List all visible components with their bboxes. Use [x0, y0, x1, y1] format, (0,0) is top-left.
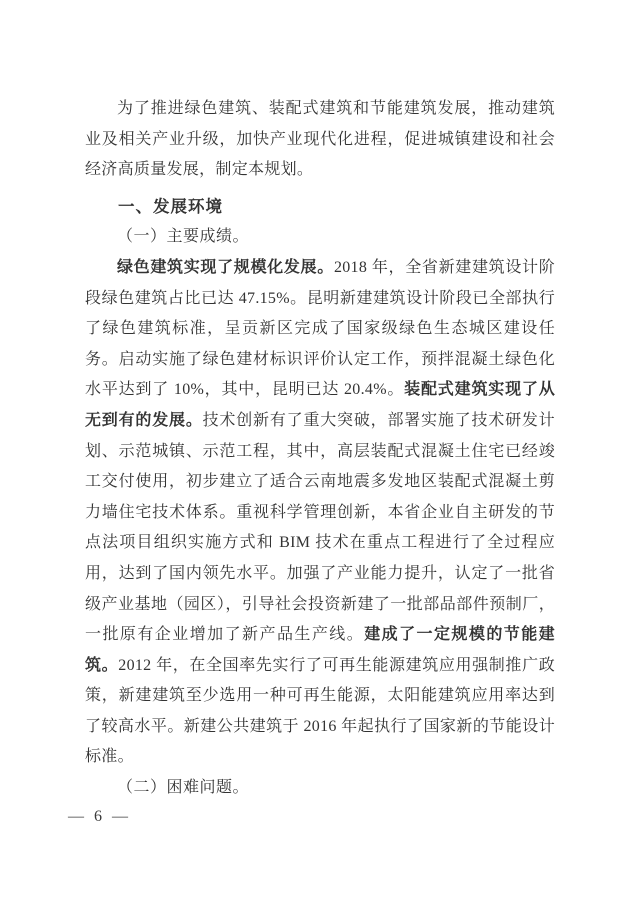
document-page: 为了推进绿色建筑、装配式建筑和节能建筑发展，推动建筑业及相关产业升级，加快产业现… [0, 0, 636, 900]
text-segment: 技术创新有了重大突破，部署实施了技术研发计划、示范城镇、示范工程，其中，高层装配… [85, 412, 555, 643]
intro-paragraph: 为了推进绿色建筑、装配式建筑和节能建筑发展，推动建筑业及相关产业升级，加快产业现… [85, 94, 555, 186]
text-segment: 绿色建筑实现了规模化发展。 [117, 259, 334, 276]
page-number: — 6 — [68, 808, 131, 826]
text-segment: （二）困难问题。 [117, 779, 249, 796]
document-body: 为了推进绿色建筑、装配式建筑和节能建筑发展，推动建筑业及相关产业升级，加快产业现… [85, 94, 555, 804]
section-heading-development-environment: 一、发展环境 [85, 192, 555, 223]
text-segment: 一、发展环境 [118, 198, 223, 216]
subsection-heading-main-achievements: （一）主要成绩。 [85, 222, 555, 253]
text-segment: （一）主要成绩。 [117, 228, 249, 245]
text-segment: 为了推进绿色建筑、装配式建筑和节能建筑发展，推动建筑业及相关产业升级，加快产业现… [85, 100, 555, 178]
text-segment: 2018 年，全省新建建筑设计阶段绿色建筑占比已达 47.15%。昆明新建建筑设… [85, 259, 555, 398]
subsection-heading-difficulties: （二）困难问题。 [85, 773, 555, 804]
text-segment: 2012 年，在全国率先实行了可再生能源建筑应用强制推广政策，新建建筑至少选用一… [85, 657, 555, 766]
achievements-paragraph: 绿色建筑实现了规模化发展。2018 年，全省新建建筑设计阶段绿色建筑占比已达 4… [85, 253, 555, 773]
